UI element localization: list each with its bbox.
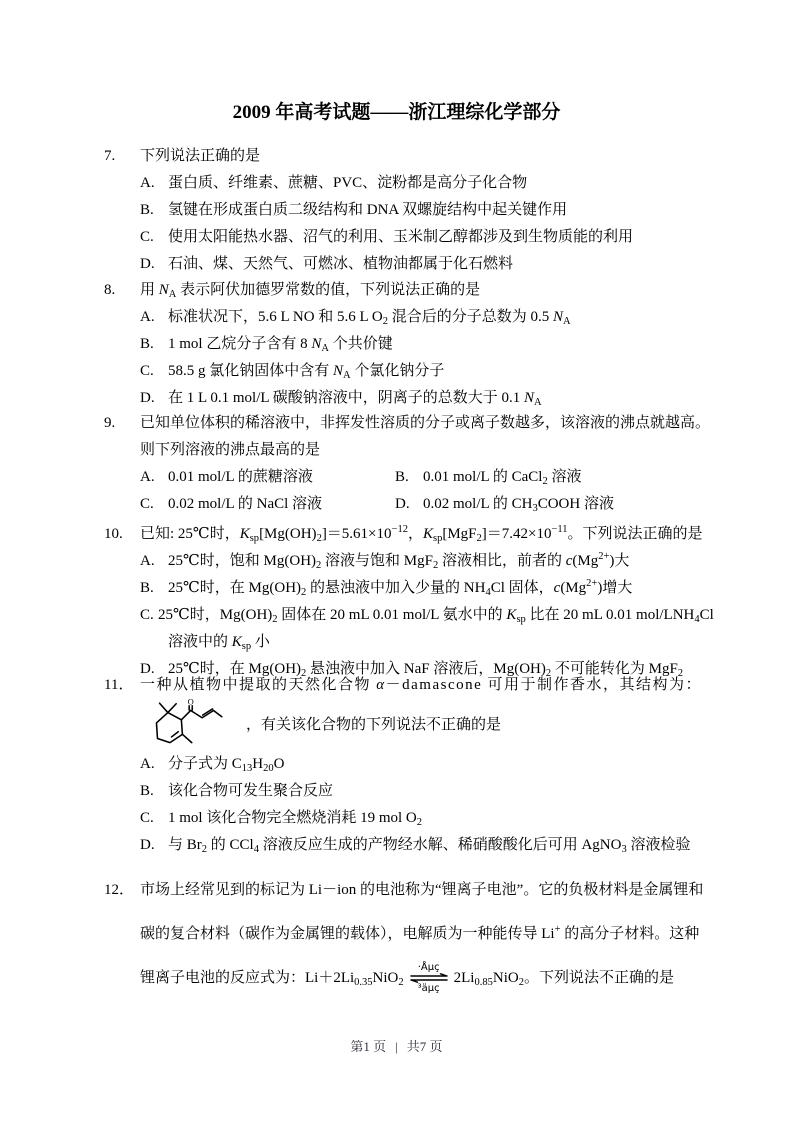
option-d: D. 与 Br2 的 CCl4 溶液反应生成的产物经水解、稀硝酸酸化后可用 Ag… (104, 832, 722, 859)
option-label: B. (140, 197, 168, 224)
option-label: A. (140, 170, 168, 197)
option-label: C. (140, 602, 158, 629)
question-number: 9. (104, 410, 140, 437)
question-stem-text: 市场上经常见到的标记为 Li－ion 的电池称为“锂离子电池”。它的负极材料是金… (140, 868, 722, 912)
option-text: 使用太阳能热水器、沼气的利用、玉米制乙醇都涉及到生物质能的利用 (168, 224, 633, 251)
footer-total-pages: 共7 页 (407, 1039, 443, 1054)
footer-separator: | (395, 1039, 398, 1054)
question-number: 12． (104, 868, 140, 912)
option-text: 1 mol 该化合物完全燃烧消耗 19 mol O2 (168, 805, 422, 832)
question-8: 8. 用 NA 表示阿伏加德罗常数的值，下列说法正确的是 A. 标准状况下，5.… (104, 277, 722, 412)
question-number: 7. (104, 143, 140, 170)
option-d: D. 石油、煤、天然气、可燃冰、植物油都属于化石燃料 (104, 251, 722, 278)
option-label: A. (140, 751, 168, 778)
option-text: 0.01 mol/L 的蔗糖溶液 (168, 464, 313, 491)
option-b: B. 该化合物可发生聚合反应 (104, 778, 722, 805)
question-11: 11． 一种从植物中提取的天然化合物 α－damascone 可用于制作香水，其… (104, 672, 722, 859)
option-text: 与 Br2 的 CCl4 溶液反应生成的产物经水解、稀硝酸酸化后可用 AgNO3… (168, 832, 690, 859)
oxygen-atom-label: O (188, 699, 194, 706)
reaction-line: 锂离子电池的反应式为：Li＋2Li0.35NiO2 ·Åµç ³äµç 2Li0… (104, 956, 722, 1000)
page-footer: 第1 页|共7 页 (0, 1036, 793, 1055)
option-a: A. 分子式为 C13H20O (104, 751, 722, 778)
option-label: A. (140, 464, 168, 491)
option-c: C. 使用太阳能热水器、沼气的利用、玉米制乙醇都涉及到生物质能的利用 (104, 224, 722, 251)
option-text: 氢键在形成蛋白质二级结构和 DNA 双螺旋结构中起关键作用 (168, 197, 567, 224)
equilibrium-arrows: ·Åµç ³äµç (409, 962, 449, 994)
option-c-continuation: 溶液中的 Ksp 小 (104, 629, 722, 656)
option-text: 石油、煤、天然气、可燃冰、植物油都属于化石燃料 (168, 251, 513, 278)
option-d: D. 在 1 L 0.1 mol/L 碳酸钠溶液中，阴离子的总数大于 0.1 N… (104, 385, 722, 412)
option-b: B. 氢键在形成蛋白质二级结构和 DNA 双螺旋结构中起关键作用 (104, 197, 722, 224)
option-label: B. (395, 464, 423, 491)
reaction-right: 2Li0.85NiO2。下列说法不正确的是 (454, 956, 674, 1000)
option-text: 25℃时，Mg(OH)2 固体在 20 mL 0.01 mol/L 氨水中的 K… (158, 602, 714, 629)
option-text: 蛋白质、纤维素、蔗糖、PVC、淀粉都是高分子化合物 (168, 170, 527, 197)
molecule-row: O ，有关该化合物的下列说法不正确的是 (104, 699, 722, 751)
question-stem-line2: 则下列溶液的沸点最高的是 (104, 437, 722, 464)
question-stem: 8. 用 NA 表示阿伏加德罗常数的值，下列说法正确的是 (104, 277, 722, 304)
question-number: 11． (104, 672, 140, 699)
option-a: A. 蛋白质、纤维素、蔗糖、PVC、淀粉都是高分子化合物 (104, 170, 722, 197)
equilibrium-bottom-label: ³äµç (418, 983, 440, 994)
option-c: C. 1 mol 该化合物完全燃烧消耗 19 mol O2 (104, 805, 722, 832)
question-stem: 7. 下列说法正确的是 (104, 143, 722, 170)
question-stem: 12． 市场上经常见到的标记为 Li－ion 的电池称为“锂离子电池”。它的负极… (104, 868, 722, 912)
option-a: A. 标准状况下，5.6 L NO 和 5.6 L O2 混合后的分子总数为 0… (104, 304, 722, 331)
reversible-arrow-icon (409, 973, 449, 983)
option-label: C. (140, 224, 168, 251)
option-label: B. (140, 575, 168, 602)
question-stem: 11． 一种从植物中提取的天然化合物 α－damascone 可用于制作香水，其… (104, 672, 722, 699)
option-text: 分子式为 C13H20O (168, 751, 284, 778)
exam-page: 2009 年高考试题——浙江理综化学部分 7. 下列说法正确的是 A. 蛋白质、… (0, 0, 793, 1122)
question-stem: 10. 已知: 25℃时，Ksp[Mg(OH)2]＝5.61×10−12，Ksp… (104, 521, 722, 548)
question-number: 10. (104, 521, 140, 548)
option-label: A. (140, 548, 168, 575)
question-stem-text: 下列说法正确的是 (140, 143, 722, 170)
option-label: D. (140, 251, 168, 278)
option-label: A. (140, 304, 168, 331)
options-grid: A. 0.01 mol/L 的蔗糖溶液 B. 0.01 mol/L 的 CaCl… (104, 464, 722, 518)
option-label: C. (140, 491, 168, 518)
option-d: D. 0.02 mol/L 的 CH3COOH 溶液 (395, 491, 722, 518)
question-stem-text: 用 NA 表示阿伏加德罗常数的值，下列说法正确的是 (140, 277, 722, 304)
option-c: C. 58.5 g 氯化钠固体中含有 NA 个氯化钠分子 (104, 358, 722, 385)
option-c: C. 0.02 mol/L 的 NaCl 溶液 (140, 491, 395, 518)
option-text: 标准状况下，5.6 L NO 和 5.6 L O2 混合后的分子总数为 0.5 … (168, 304, 571, 331)
question-7: 7. 下列说法正确的是 A. 蛋白质、纤维素、蔗糖、PVC、淀粉都是高分子化合物… (104, 143, 722, 278)
question-12: 12． 市场上经常见到的标记为 Li－ion 的电池称为“锂离子电池”。它的负极… (104, 868, 722, 1000)
option-a: A. 25℃时，饱和 Mg(OH)2 溶液与饱和 MgF2 溶液相比，前者的 c… (104, 548, 722, 575)
option-text: 25℃时，饱和 Mg(OH)2 溶液与饱和 MgF2 溶液相比，前者的 c(Mg… (168, 548, 629, 575)
option-label: C. (140, 358, 168, 385)
option-b: B. 25℃时，在 Mg(OH)2 的悬浊液中加入少量的 NH4Cl 固体，c(… (104, 575, 722, 602)
question-stem-line2: 碳的复合材料（碳作为金属锂的载体），电解质为一种能传导 Li+ 的高分子材料。这… (104, 912, 722, 956)
reaction-left: 锂离子电池的反应式为：Li＋2Li0.35NiO2 (140, 956, 404, 1000)
page-title: 2009 年高考试题——浙江理综化学部分 (0, 97, 793, 124)
option-label: C. (140, 805, 168, 832)
option-a: A. 0.01 mol/L 的蔗糖溶液 (140, 464, 395, 491)
option-text: 0.02 mol/L 的 NaCl 溶液 (168, 491, 322, 518)
question-9: 9. 已知单位体积的稀溶液中，非挥发性溶质的分子或离子数越多，该溶液的沸点就越高… (104, 410, 722, 518)
option-text: 0.01 mol/L 的 CaCl2 溶液 (423, 464, 581, 491)
option-text: 25℃时，在 Mg(OH)2 的悬浊液中加入少量的 NH4Cl 固体，c(Mg2… (168, 575, 632, 602)
option-text: 1 mol 乙烷分子含有 8 NA 个共价键 (168, 331, 393, 358)
equilibrium-top-label: ·Åµç (418, 962, 440, 973)
molecular-structure-drawing: O (144, 699, 240, 751)
footer-page-number: 第1 页 (350, 1039, 386, 1054)
option-c: C. 25℃时，Mg(OH)2 固体在 20 mL 0.01 mol/L 氨水中… (104, 602, 722, 629)
option-label: D. (395, 491, 423, 518)
option-label: D. (140, 385, 168, 412)
option-label: B. (140, 331, 168, 358)
option-text: 58.5 g 氯化钠固体中含有 NA 个氯化钠分子 (168, 358, 444, 385)
question-stem: 9. 已知单位体积的稀溶液中，非挥发性溶质的分子或离子数越多，该溶液的沸点就越高… (104, 410, 722, 437)
option-label: B. (140, 778, 168, 805)
structure-caption: ，有关该化合物的下列说法不正确的是 (246, 712, 501, 739)
option-text: 0.02 mol/L 的 CH3COOH 溶液 (423, 491, 614, 518)
question-stem-text: 已知单位体积的稀溶液中，非挥发性溶质的分子或离子数越多，该溶液的沸点就越高。 (140, 410, 722, 437)
option-label: D. (140, 832, 168, 859)
option-b: B. 0.01 mol/L 的 CaCl2 溶液 (395, 464, 722, 491)
option-text: 该化合物可发生聚合反应 (168, 778, 333, 805)
question-stem-text: 一种从植物中提取的天然化合物 α－damascone 可用于制作香水，其结构为： (140, 672, 722, 699)
question-number: 8. (104, 277, 140, 304)
question-stem-text: 已知: 25℃时，Ksp[Mg(OH)2]＝5.61×10−12，Ksp[MgF… (140, 521, 722, 548)
question-10: 10. 已知: 25℃时，Ksp[Mg(OH)2]＝5.61×10−12，Ksp… (104, 521, 722, 683)
option-b: B. 1 mol 乙烷分子含有 8 NA 个共价键 (104, 331, 722, 358)
option-text: 在 1 L 0.1 mol/L 碳酸钠溶液中，阴离子的总数大于 0.1 NA (168, 385, 542, 412)
